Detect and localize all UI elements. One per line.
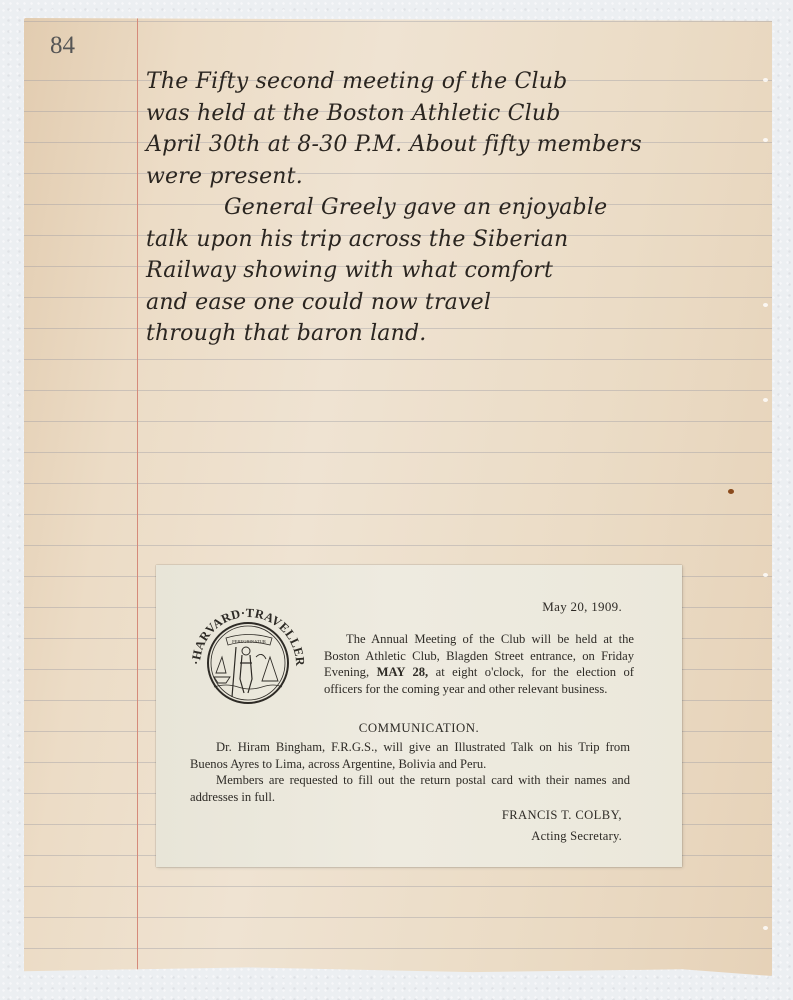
binding-hole xyxy=(763,398,768,402)
minutes-line: General Greely gave an enjoyable xyxy=(146,192,776,224)
binding-hole xyxy=(763,78,768,82)
minutes-line: The Fifty second meeting of the Club xyxy=(146,66,776,98)
margin-line xyxy=(137,18,138,976)
meeting-date-bold: MAY 28, xyxy=(377,665,429,679)
signature-name: FRANCIS T. COLBY, xyxy=(502,808,622,822)
printed-notice-card: ·HARVARD·TRAVELLERS·CLUB· PEREGRINATUR M… xyxy=(156,565,682,867)
handwritten-minutes: The Fifty second meeting of the Club was… xyxy=(146,66,776,350)
minutes-line: were present. xyxy=(146,161,776,193)
minutes-line: Railway showing with what comfort xyxy=(146,255,776,287)
minutes-line: April 30th at 8-30 P.M. About fifty memb… xyxy=(146,129,776,161)
communication-paragraph: Members are requested to fill out the re… xyxy=(190,772,630,805)
minutes-line: through that baron land. xyxy=(146,318,776,350)
binding-hole xyxy=(763,573,768,577)
svg-text:·HARVARD·TRAVELLERS·CLUB·: ·HARVARD·TRAVELLERS·CLUB· xyxy=(186,593,307,667)
seal-motto: PEREGRINATUR xyxy=(232,639,266,644)
binding-hole xyxy=(763,138,768,142)
ink-stain xyxy=(728,489,734,494)
communication-body: Dr. Hiram Bingham, F.R.G.S., will give a… xyxy=(190,739,630,805)
meeting-announcement: The Annual Meeting of the Club will be h… xyxy=(324,631,634,697)
minutes-line: was held at the Boston Athletic Club xyxy=(146,98,776,130)
minutes-line: and ease one could now travel xyxy=(146,287,776,319)
page-number: 84 xyxy=(50,32,75,60)
seal-text: ·HARVARD·TRAVELLERS·CLUB· xyxy=(186,593,307,667)
signature-title: Acting Secretary. xyxy=(502,828,622,845)
binding-hole xyxy=(763,303,768,307)
signature-block: FRANCIS T. COLBY, Acting Secretary. xyxy=(502,807,622,844)
notice-date: May 20, 1909. xyxy=(542,599,622,616)
binding-hole xyxy=(763,926,768,930)
minutes-line: talk upon his trip across the Siberian xyxy=(146,224,776,256)
harvard-travellers-club-seal-icon: ·HARVARD·TRAVELLERS·CLUB· PEREGRINATUR xyxy=(186,593,310,717)
communication-heading: COMMUNICATION. xyxy=(156,720,682,737)
communication-paragraph: Dr. Hiram Bingham, F.R.G.S., will give a… xyxy=(190,739,630,772)
